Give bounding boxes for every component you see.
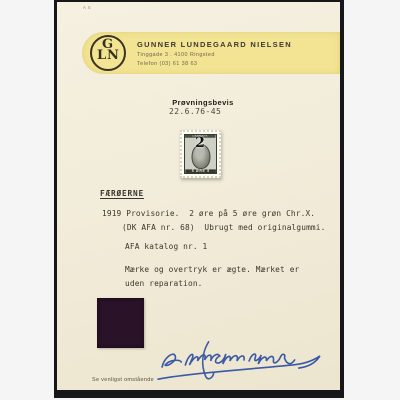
body-line: Mærke og overtryk er ægte. Mærket er xyxy=(125,265,299,274)
letterhead-text: GUNNER LUNDEGAARD NIELSEN Tinggade 3 . 4… xyxy=(137,40,292,67)
country-heading: FÆRØERNE xyxy=(100,189,144,198)
logo-letter-n: N xyxy=(107,49,119,62)
body-line: (DK AFA nr. 68) Ubrugt med originalgummi… xyxy=(122,223,325,232)
certificate-paper: A 5 G L N GUNNER LUNDEGAARD NIELSEN Ting… xyxy=(57,2,340,390)
stamp-value-row: 5 ØRE 5 xyxy=(185,169,216,173)
company-address: Tinggade 3 . 4100 Ringsted xyxy=(137,52,292,58)
gln-monogram-logo: G L N xyxy=(90,35,126,71)
logo-letter-l: L xyxy=(97,49,106,62)
corner-code: A 5 xyxy=(83,6,91,10)
certificate-title: Prøvningsbevis xyxy=(147,98,259,107)
body-line: uden reparation. xyxy=(125,279,203,288)
stamp-design: DANMARK 2 5 ØRE 5 xyxy=(184,134,217,174)
footer-note: Se venligst omstående xyxy=(92,377,154,383)
body-line: AFA katalog nr. 1 xyxy=(125,242,207,251)
company-phone: Telefon (03) 61 38 63 xyxy=(137,61,292,67)
dark-violet-reference-patch xyxy=(97,298,144,348)
certificate-number: 22.6.76-45 xyxy=(169,107,221,116)
stamp-faroe-2ore-overprint: DANMARK 2 5 ØRE 5 xyxy=(180,130,221,178)
body-line: 1919 Provisorie. 2 øre på 5 øre grøn Chr… xyxy=(102,209,315,218)
certificate-photo: A 5 G L N GUNNER LUNDEGAARD NIELSEN Ting… xyxy=(54,0,344,398)
letterhead-band: G L N GUNNER LUNDEGAARD NIELSEN Tinggade… xyxy=(82,32,340,74)
expert-signature xyxy=(155,333,327,391)
company-name: GUNNER LUNDEGAARD NIELSEN xyxy=(137,40,292,49)
stamp-overprint-numeral: 2 xyxy=(195,135,205,151)
